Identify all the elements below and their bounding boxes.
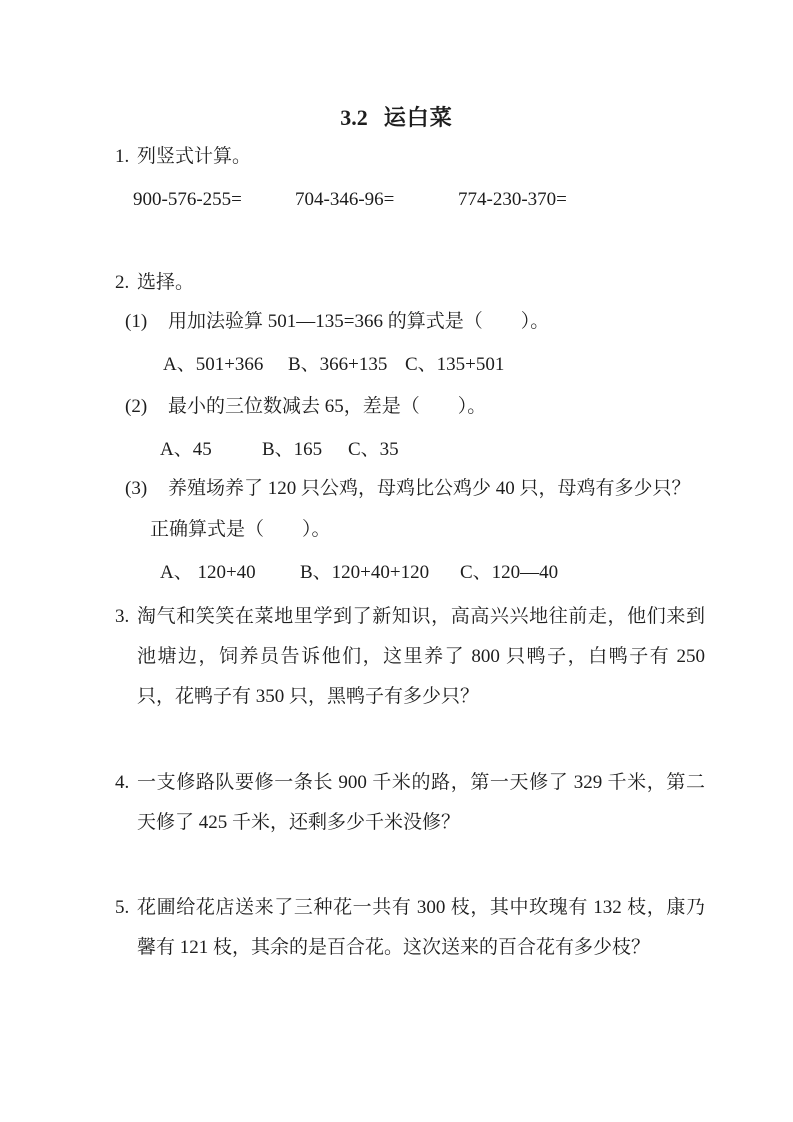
question-2-sub-3: (3)养殖场养了 120 只公鸡，母鸡比公鸡少 40 只，母鸡有多少只？ bbox=[125, 478, 691, 501]
question-2-number: 2. bbox=[115, 272, 137, 295]
question-3: 3. 淘气和笑笑在菜地里学到了新知识，高高兴兴地往前走，他们来到池塘边，饲养员告… bbox=[115, 597, 705, 717]
question-2-sub-2-option-c: C、35 bbox=[348, 439, 399, 462]
question-2-sub-3-number: (3) bbox=[125, 478, 168, 501]
question-2-sub-3-text: 养殖场养了 120 只公鸡，母鸡比公鸡少 40 只，母鸡有多少只？ bbox=[168, 478, 691, 499]
worksheet-page: 3.2运白菜 1.列竖式计算。 900-576-255= 704-346-96=… bbox=[0, 0, 793, 1122]
question-2-sub-2-option-b: B、165 bbox=[262, 439, 322, 462]
question-2: 2.选择。 bbox=[115, 272, 194, 295]
question-2-sub-3-continued: 正确算式是（ ）。 bbox=[150, 519, 331, 542]
question-2-sub-2-number: (2) bbox=[125, 396, 168, 419]
question-2-sub-1-text: 用加法验算 501—135=366 的算式是（ ）。 bbox=[168, 311, 549, 332]
question-2-sub-1: (1)用加法验算 501—135=366 的算式是（ ）。 bbox=[125, 311, 549, 334]
question-1-number: 1. bbox=[115, 146, 137, 169]
expression-1: 900-576-255= bbox=[133, 189, 242, 212]
question-4-number: 4. bbox=[115, 763, 129, 803]
page-title: 3.2运白菜 bbox=[0, 101, 793, 132]
question-3-number: 3. bbox=[115, 597, 129, 637]
question-2-sub-1-number: (1) bbox=[125, 311, 168, 334]
expression-3: 774-230-370= bbox=[458, 189, 567, 212]
question-1: 1.列竖式计算。 bbox=[115, 146, 251, 169]
question-2-sub-2-text: 最小的三位数减去 65，差是（ ）。 bbox=[168, 396, 486, 417]
question-3-text: 淘气和笑笑在菜地里学到了新知识，高高兴兴地往前走，他们来到池塘边，饲养员告诉他们… bbox=[137, 597, 705, 717]
question-2-sub-1-option-a: A、501+366 bbox=[163, 354, 263, 377]
question-2-sub-2-option-a: A、45 bbox=[160, 439, 212, 462]
question-2-sub-3-option-c: C、120—40 bbox=[460, 562, 558, 585]
question-2-sub-3-option-b: B、120+40+120 bbox=[300, 562, 429, 585]
question-5: 5. 花圃给花店送来了三种花一共有 300 枝，其中玫瑰有 132 枝，康乃馨有… bbox=[115, 888, 705, 968]
question-5-number: 5. bbox=[115, 888, 129, 928]
question-2-sub-3-option-a: A、 120+40 bbox=[160, 562, 256, 585]
title-section-number: 3.2 bbox=[340, 105, 368, 130]
question-2-sub-1-option-b: B、366+135 bbox=[288, 354, 387, 377]
question-5-text: 花圃给花店送来了三种花一共有 300 枝，其中玫瑰有 132 枝，康乃馨有 12… bbox=[137, 888, 705, 968]
question-4-text: 一支修路队要修一条长 900 千米的路，第一天修了 329 千米，第二天修了 4… bbox=[137, 763, 705, 843]
question-4: 4. 一支修路队要修一条长 900 千米的路，第一天修了 329 千米，第二天修… bbox=[115, 763, 705, 843]
question-2-prompt: 选择。 bbox=[137, 272, 194, 293]
question-2-sub-2: (2)最小的三位数减去 65，差是（ ）。 bbox=[125, 396, 486, 419]
question-2-sub-1-option-c: C、135+501 bbox=[405, 354, 504, 377]
question-1-prompt: 列竖式计算。 bbox=[137, 146, 251, 167]
expression-2: 704-346-96= bbox=[295, 189, 394, 212]
title-text: 运白菜 bbox=[384, 105, 453, 130]
